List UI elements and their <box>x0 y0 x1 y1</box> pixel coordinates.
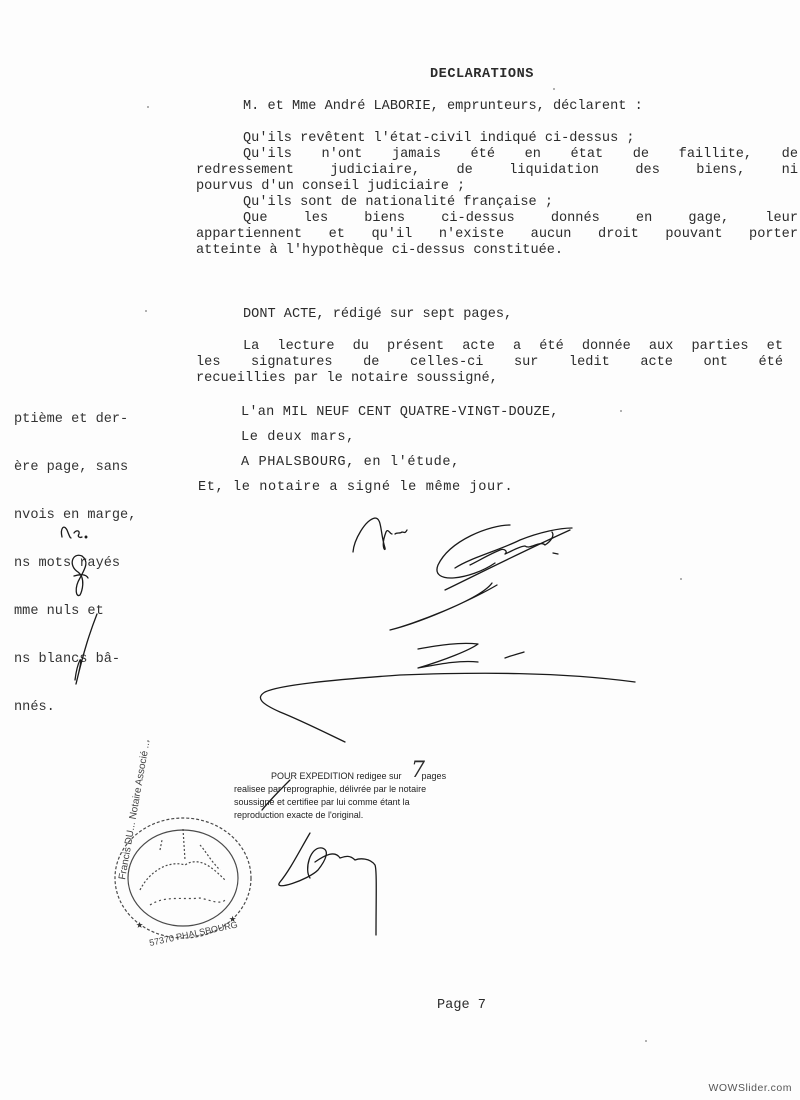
signature-notary <box>418 643 524 668</box>
signature-client-2 <box>390 525 572 630</box>
scan-speck <box>147 106 149 108</box>
notary-seal: Francis DU... Notaire Associé ... 57370 … <box>115 739 251 948</box>
declaration-line: atteinte à l'hypothèque ci-dessus consti… <box>196 243 563 259</box>
section-heading: DECLARATIONS <box>430 67 534 83</box>
expedition-line: realisee par reprographie, délivrée par … <box>234 783 426 796</box>
margin-note: ptième et der- ère page, sans nvois en m… <box>6 380 176 748</box>
signature-sweep <box>260 673 635 742</box>
declaration-line: Que les biens ci-dessus donnés en gage, … <box>243 211 798 227</box>
declaration-line: Qu'ils n'ont jamais été en état de faill… <box>243 147 798 163</box>
margin-note-line: ère page, sans <box>6 460 176 476</box>
intro-line: M. et Mme André LABORIE, emprunteurs, dé… <box>243 99 643 115</box>
expedition-page-count: 7 <box>411 760 425 782</box>
signature-client-1 <box>353 518 407 552</box>
scan-speck <box>620 410 622 412</box>
expedition-line: reproduction exacte de l'original. <box>234 809 363 822</box>
declaration-line: appartiennent et qu'il n'existe aucun dr… <box>196 227 798 243</box>
seal-top-text: Francis DU... Notaire Associé ... <box>117 739 152 880</box>
watermark: WOWSlider.com <box>708 1082 792 1094</box>
margin-note-line: ns blancs bâ- <box>6 652 176 668</box>
scan-speck <box>645 1040 647 1042</box>
margin-note-line: ns mots rayés <box>6 556 176 572</box>
lecture-line: les signatures de celles-ci sur ledit ac… <box>196 355 783 371</box>
document-page: DECLARATIONS M. et Mme André LABORIE, em… <box>0 0 800 1100</box>
lecture-line: La lecture du présent acte a été donnée … <box>243 339 783 355</box>
declaration-line: redressement judiciaire, de liquidation … <box>196 163 798 179</box>
dont-acte-line: DONT ACTE, rédigé sur sept pages, <box>243 307 512 323</box>
date-line-year: L'an MIL NEUF CENT QUATRE-VINGT-DOUZE, <box>241 405 559 421</box>
lecture-line: recueillies par le notaire soussigné, <box>196 371 498 387</box>
seal-bottom-text: 57370 PHALSBOURG <box>148 919 238 948</box>
scan-speck <box>680 578 682 580</box>
seal-star-icon: ★ <box>136 918 143 932</box>
margin-note-line: mme nuls et <box>6 604 176 620</box>
certification-signature <box>279 833 376 935</box>
margin-note-line: nvois en marge, <box>6 508 176 524</box>
margin-note-line: ptième et der- <box>6 412 176 428</box>
page-number: Page 7 <box>437 998 486 1014</box>
declaration-line: pourvus d'un conseil judiciaire ; <box>196 179 465 195</box>
scan-speck <box>553 88 555 90</box>
date-line-place: A PHALSBOURG, en l'étude, <box>241 455 460 471</box>
declaration-line: Qu'ils revêtent l'état-civil indiqué ci-… <box>243 131 635 147</box>
expedition-line: soussigne et certifiee par lui comme éta… <box>234 796 410 809</box>
margin-note-line: nnés. <box>6 700 176 716</box>
date-line-day: Le deux mars, <box>241 430 355 446</box>
scan-speck <box>145 310 147 312</box>
date-line-signed: Et, le notaire a signé le même jour. <box>198 480 513 496</box>
declaration-line: Qu'ils sont de nationalité française ; <box>243 195 553 211</box>
seal-star-icon: ★ <box>229 912 236 926</box>
scan-speck <box>147 740 149 742</box>
